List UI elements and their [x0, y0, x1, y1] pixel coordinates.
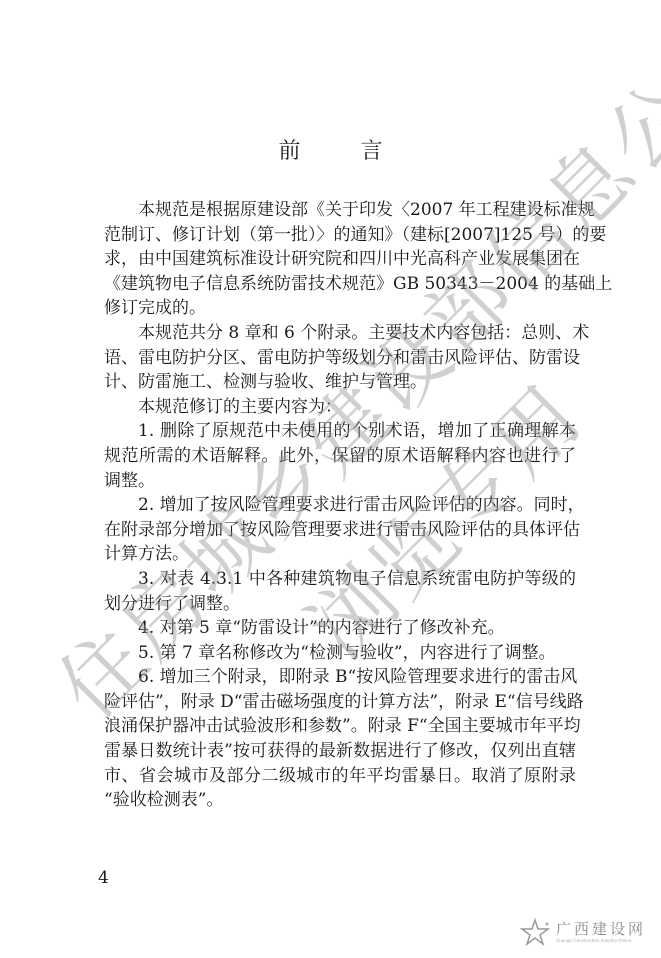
text-line: “验收检测表”。 — [104, 788, 576, 813]
text-line: 4. 对第 5 章“防雷设计”的内容进行了修改补充。 — [104, 616, 576, 641]
text-line: 计、防雷施工、检测与验收、维护与管理。 — [104, 370, 576, 395]
text-line: 求，由中国建筑标准设计研究院和四川中光高科产业发展集团在 — [104, 247, 576, 272]
title-char-2: 言 — [361, 134, 383, 165]
text-line: 3. 对表 4.3.1 中各种建筑物电子信息系统雷电防护等级的 — [104, 567, 576, 592]
text-line: 6. 增加三个附录，即附录 B“按风险管理要求进行的雷击风 — [104, 665, 576, 690]
text-line: 在附录部分增加了按风险管理要求进行雷击风险评估的具体评估 — [104, 518, 576, 543]
page-title: 前言 — [0, 134, 661, 165]
text-line: 1. 删除了原规范中未使用的个别术语，增加了正确理解本 — [104, 419, 576, 444]
text-line: 《建筑物电子信息系统防雷技术规范》GB 50343－2004 的基础上 — [104, 272, 576, 297]
text-line: 调整。 — [104, 469, 576, 494]
text-line: 修订完成的。 — [104, 296, 576, 321]
text-line: 范制订、修订计划（第一批）〉的通知》（建标[2007]125 号）的要 — [104, 223, 576, 248]
text-line: 规范所需的术语解释。此外，保留的原术语解释内容也进行了 — [104, 444, 576, 469]
text-line: 划分进行了调整。 — [104, 592, 576, 617]
text-line: 本规范是根据原建设部《关于印发〈2007 年工程建设标准规 — [104, 198, 576, 223]
text-line: 语、雷电防护分区、雷电防护等级划分和雷击风险评估、防雷设 — [104, 346, 576, 371]
text-line: 计算方法。 — [104, 542, 576, 567]
text-line: 险评估”，附录 D“雷击磁场强度的计算方法”，附录 E“信号线路 — [104, 690, 576, 715]
text-line: 本规范修订的主要内容为： — [104, 395, 576, 420]
preface-body: 本规范是根据原建设部《关于印发〈2007 年工程建设标准规范制订、修订计划（第一… — [104, 198, 576, 813]
site-logo: 广西建设网 Guangxi Construction Industry Onli… — [520, 918, 655, 948]
text-line: 市、省会城市及部分二级城市的年平均雷暴日。取消了原附录 — [104, 764, 576, 789]
page-number: 4 — [98, 868, 109, 888]
title-char-1: 前 — [278, 134, 300, 165]
star-logo-icon — [520, 918, 550, 946]
logo-name: 广西建设网 — [556, 918, 646, 939]
text-line: 2. 增加了按风险管理要求进行雷击风险评估的内容。同时， — [104, 493, 576, 518]
text-line: 本规范共分 8 章和 6 个附录。主要技术内容包括：总则、术 — [104, 321, 576, 346]
logo-subtitle: Guangxi Construction Industry Online — [556, 938, 631, 943]
text-line: 5. 第 7 章名称修改为“检测与验收”，内容进行了调整。 — [104, 641, 576, 666]
document-page: 前言 本规范是根据原建设部《关于印发〈2007 年工程建设标准规范制订、修订计划… — [0, 0, 661, 958]
text-line: 雷暴日数统计表”按可获得的最新数据进行了修改，仅列出直辖 — [104, 739, 576, 764]
text-line: 浪涌保护器冲击试验波形和参数”。附录 F“全国主要城市年平均 — [104, 714, 576, 739]
